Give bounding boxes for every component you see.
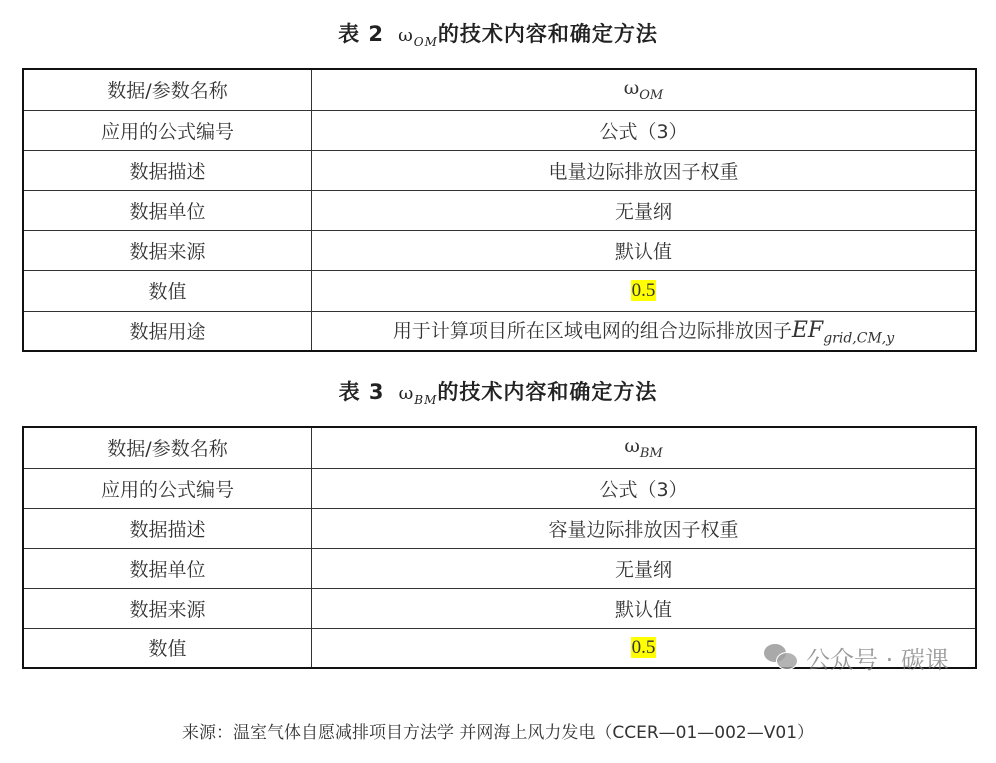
row-key: 数据描述	[23, 150, 312, 190]
table-row: 数据用途 用于计算项目所在区域电网的组合边际排放因子EFgrid,CM,y	[23, 311, 976, 351]
usage-text: 用于计算项目所在区域电网的组合边际排放因子	[393, 320, 792, 342]
row-value: 默认值	[312, 230, 977, 270]
omega-symbol: ω	[398, 25, 414, 46]
table2-caption-text: 的技术内容和确定方法	[438, 22, 658, 46]
subscript: OM	[639, 88, 663, 103]
table-row: 数据来源 默认值	[23, 588, 976, 628]
row-value: 无量纲	[312, 190, 977, 230]
row-key: 应用的公式编号	[23, 110, 312, 150]
highlighted-value: 0.5	[631, 280, 657, 301]
table3-caption-number: 表 3	[339, 380, 385, 404]
subscript: BM	[414, 393, 437, 407]
subscript: grid,CM,y	[823, 330, 894, 346]
watermark: 公众号 · 碳课	[764, 640, 949, 675]
row-key: 应用的公式编号	[23, 468, 312, 508]
table-row: 应用的公式编号 公式（3）	[23, 110, 976, 150]
table2: 数据/参数名称 ωOM 应用的公式编号 公式（3） 数据描述 电量边际排放因子权…	[22, 68, 977, 352]
row-key: 数值	[23, 270, 312, 311]
row-value: 无量纲	[312, 548, 977, 588]
table2-caption-number: 表 2	[338, 22, 384, 46]
table-row: 数据描述 电量边际排放因子权重	[23, 150, 976, 190]
row-key: 数值	[23, 628, 312, 668]
watermark-text: 公众号 · 碳课	[806, 640, 949, 675]
row-value: 公式（3）	[312, 468, 977, 508]
omega-symbol: ω	[624, 77, 640, 99]
row-value: 电量边际排放因子权重	[312, 150, 977, 190]
table2-caption: 表 2ωOM的技术内容和确定方法	[0, 18, 996, 49]
row-value: ωBM	[312, 427, 977, 468]
table-row: 数据单位 无量纲	[23, 548, 976, 588]
omega-symbol: ω	[399, 383, 415, 404]
row-value: 容量边际排放因子权重	[312, 508, 977, 548]
table-row: 数据/参数名称 ωOM	[23, 69, 976, 110]
omega-symbol: ω	[624, 435, 640, 457]
table-row: 数据/参数名称 ωBM	[23, 427, 976, 468]
row-key: 数据用途	[23, 311, 312, 351]
table3-caption: 表 3ωBM的技术内容和确定方法	[0, 376, 996, 407]
subscript: BM	[640, 446, 663, 461]
row-key: 数据/参数名称	[23, 427, 312, 468]
wechat-icon	[764, 644, 800, 672]
row-value: 用于计算项目所在区域电网的组合边际排放因子EFgrid,CM,y	[312, 311, 977, 351]
row-key: 数据描述	[23, 508, 312, 548]
row-key: 数据来源	[23, 230, 312, 270]
row-key: 数据/参数名称	[23, 69, 312, 110]
table-row: 应用的公式编号 公式（3）	[23, 468, 976, 508]
table-row: 数据单位 无量纲	[23, 190, 976, 230]
row-value: 默认值	[312, 588, 977, 628]
source-note: 来源：温室气体自愿减排项目方法学 并网海上风力发电（CCER—01—002—V0…	[0, 718, 996, 743]
row-value: 0.5	[312, 270, 977, 311]
subscript: OM	[414, 35, 438, 49]
row-key: 数据来源	[23, 588, 312, 628]
table3: 数据/参数名称 ωBM 应用的公式编号 公式（3） 数据描述 容量边际排放因子权…	[22, 426, 977, 669]
table-row: 数据描述 容量边际排放因子权重	[23, 508, 976, 548]
ef-symbol: EF	[792, 318, 823, 343]
row-value: ωOM	[312, 69, 977, 110]
highlighted-value: 0.5	[631, 637, 657, 658]
row-key: 数据单位	[23, 548, 312, 588]
table3-caption-text: 的技术内容和确定方法	[437, 380, 657, 404]
table-row: 数据来源 默认值	[23, 230, 976, 270]
row-key: 数据单位	[23, 190, 312, 230]
table-row: 数值 0.5	[23, 270, 976, 311]
row-value: 公式（3）	[312, 110, 977, 150]
